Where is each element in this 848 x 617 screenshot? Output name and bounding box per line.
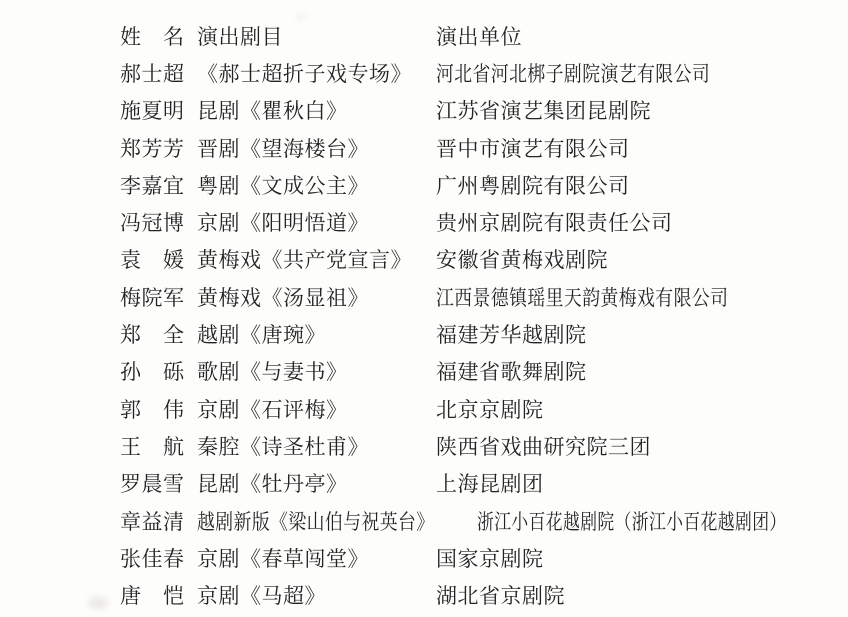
performance-list-table: 姓 名 演出剧目 演出单位 郝士超 《郝士超折子戏专场》 河北省河北梆子剧院演艺… xyxy=(120,17,834,614)
name-cell: 张佳春 xyxy=(120,543,197,573)
title-cell: 越剧新版《梁山伯与祝英台》 xyxy=(197,506,477,536)
title-cell: 京剧《石评梅》 xyxy=(197,394,436,424)
title-cell: 京剧《春草闯堂》 xyxy=(197,543,436,573)
name-cell: 王 航 xyxy=(120,431,197,461)
unit-text: 浙江小百花越剧院（浙江小百花越剧团） xyxy=(477,506,787,536)
unit-text: 河北省河北梆子剧院演艺有限公司 xyxy=(436,58,710,88)
name-cell: 唐 恺 xyxy=(120,580,197,610)
title-cell: 昆剧《牡丹亭》 xyxy=(197,468,436,498)
name-cell: 梅院军 xyxy=(120,282,197,312)
table-row: 郑 全 越剧《唐琬》 福建芳华越剧院 xyxy=(120,315,834,352)
title-cell: 《郝士超折子戏专场》 xyxy=(197,58,436,88)
table-row: 罗晨雪 昆剧《牡丹亭》 上海昆剧团 xyxy=(120,465,834,502)
unit-cell: 江苏省演艺集团昆剧院 xyxy=(436,95,834,125)
unit-cell: 河北省河北梆子剧院演艺有限公司 xyxy=(436,58,834,88)
name-cell: 孙 砾 xyxy=(120,356,197,386)
table-header-row: 姓 名 演出剧目 演出单位 xyxy=(120,17,834,54)
header-unit: 演出单位 xyxy=(436,21,834,51)
title-cell: 歌剧《与妻书》 xyxy=(197,356,436,386)
table-row: 王 航 秦腔《诗圣杜甫》 陕西省戏曲研究院三团 xyxy=(120,427,834,464)
unit-cell: 江西景德镇瑶里天韵黄梅戏有限公司 xyxy=(436,282,834,312)
name-cell: 施夏明 xyxy=(120,95,197,125)
table-row: 孙 砾 歌剧《与妻书》 福建省歌舞剧院 xyxy=(120,353,834,390)
name-cell: 李嘉宜 xyxy=(120,170,197,200)
table-row: 施夏明 昆剧《瞿秋白》 江苏省演艺集团昆剧院 xyxy=(120,92,834,129)
unit-cell: 陕西省戏曲研究院三团 xyxy=(436,431,834,461)
title-cell: 黄梅戏《汤显祖》 xyxy=(197,282,436,312)
unit-cell: 贵州京剧院有限责任公司 xyxy=(436,207,834,237)
unit-cell: 福建省歌舞剧院 xyxy=(436,356,834,386)
table-row: 李嘉宜 粤剧《文成公主》 广州粤剧院有限公司 xyxy=(120,166,834,203)
table-row: 袁 媛 黄梅戏《共产党宣言》 安徽省黄梅戏剧院 xyxy=(120,241,834,278)
title-cell: 京剧《阳明悟道》 xyxy=(197,207,436,237)
title-cell: 昆剧《瞿秋白》 xyxy=(197,95,436,125)
title-cell: 越剧《唐琬》 xyxy=(197,319,436,349)
table-row: 郑芳芳 晋剧《望海楼台》 晋中市演艺有限公司 xyxy=(120,129,834,166)
unit-cell: 北京京剧院 xyxy=(436,394,834,424)
title-cell: 秦腔《诗圣杜甫》 xyxy=(197,431,436,461)
name-cell: 罗晨雪 xyxy=(120,468,197,498)
name-cell: 郑 全 xyxy=(120,319,197,349)
unit-cell: 晋中市演艺有限公司 xyxy=(436,133,834,163)
unit-cell: 湖北省京剧院 xyxy=(436,580,834,610)
title-cell: 京剧《马超》 xyxy=(197,580,436,610)
header-name: 姓 名 xyxy=(120,21,197,51)
title-cell: 黄梅戏《共产党宣言》 xyxy=(197,244,436,274)
unit-cell: 福建芳华越剧院 xyxy=(436,319,834,349)
unit-cell: 广州粤剧院有限公司 xyxy=(436,170,834,200)
table-row: 梅院军 黄梅戏《汤显祖》 江西景德镇瑶里天韵黄梅戏有限公司 xyxy=(120,278,834,315)
table-row: 郝士超 《郝士超折子戏专场》 河北省河北梆子剧院演艺有限公司 xyxy=(120,54,834,91)
title-cell: 晋剧《望海楼台》 xyxy=(197,133,436,163)
name-cell: 郑芳芳 xyxy=(120,133,197,163)
document-page: 姓 名 演出剧目 演出单位 郝士超 《郝士超折子戏专场》 河北省河北梆子剧院演艺… xyxy=(0,0,848,617)
table-row: 张佳春 京剧《春草闯堂》 国家京剧院 xyxy=(120,539,834,576)
unit-cell: 浙江小百花越剧院（浙江小百花越剧团） xyxy=(477,506,848,536)
scan-smudge xyxy=(88,597,108,609)
table-row: 唐 恺 京剧《马超》 湖北省京剧院 xyxy=(120,576,834,613)
header-title: 演出剧目 xyxy=(197,21,436,51)
table-row: 冯冠博 京剧《阳明悟道》 贵州京剧院有限责任公司 xyxy=(120,203,834,240)
title-cell: 粤剧《文成公主》 xyxy=(197,170,436,200)
table-row: 章益清 越剧新版《梁山伯与祝英台》 浙江小百花越剧院（浙江小百花越剧团） xyxy=(120,502,834,539)
name-cell: 章益清 xyxy=(120,506,197,536)
unit-cell: 国家京剧院 xyxy=(436,543,834,573)
name-cell: 郭 伟 xyxy=(120,394,197,424)
title-text: 越剧新版《梁山伯与祝英台》 xyxy=(197,506,435,536)
unit-cell: 上海昆剧团 xyxy=(436,468,834,498)
unit-text: 江西景德镇瑶里天韵黄梅戏有限公司 xyxy=(436,282,728,312)
name-cell: 袁 媛 xyxy=(120,244,197,274)
name-cell: 郝士超 xyxy=(120,58,197,88)
name-cell: 冯冠博 xyxy=(120,207,197,237)
unit-cell: 安徽省黄梅戏剧院 xyxy=(436,244,834,274)
table-row: 郭 伟 京剧《石评梅》 北京京剧院 xyxy=(120,390,834,427)
